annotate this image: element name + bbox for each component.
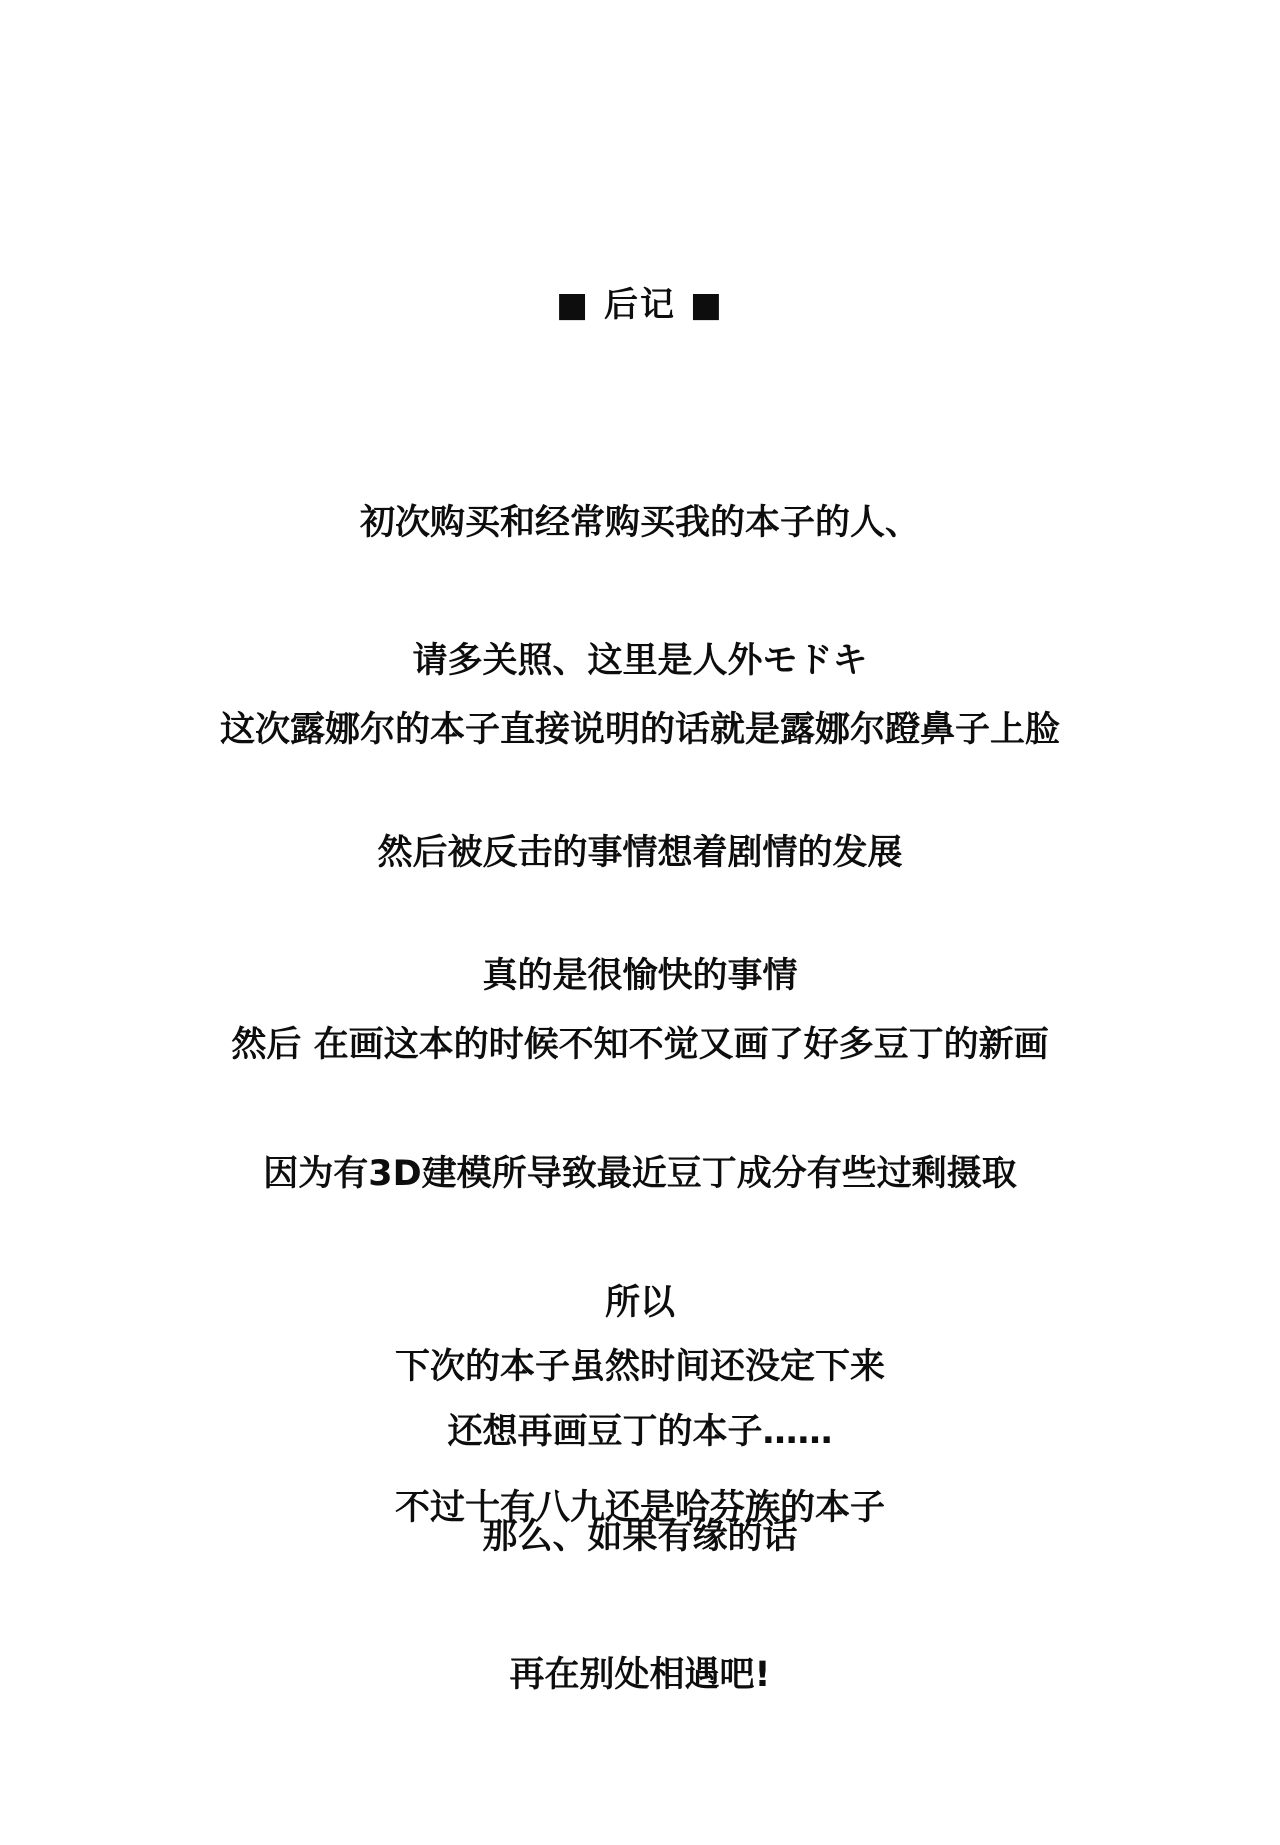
afterword-title: ■ 后记 ■ xyxy=(0,284,1280,326)
paragraph-farewell: 那么、如果有缘的话 再在别处相遇吧! xyxy=(0,1422,1280,1790)
dodin-line-1: 然后 在画这本的时候不知不觉又画了好多豆丁的新画 xyxy=(0,1024,1280,1067)
afterword-page: ■ 后记 ■ 初次购买和经常购买我的本子的人、 请多关照、这里是人外モドキ 这次… xyxy=(0,0,1280,1845)
lunar-line-2: 然后被反击的事情想着剧情的发展 xyxy=(0,833,1280,874)
lunar-line-1: 这次露娜尔的本子直接说明的话就是露娜尔蹬鼻子上脸 xyxy=(0,710,1280,751)
farewell-line-2: 再在别处相遇吧! xyxy=(0,1652,1280,1698)
dodin-line-2: 因为有3D建模所导致最近豆丁成分有些过剩摄取 xyxy=(0,1153,1280,1196)
greeting-line-1: 初次购买和经常购买我的本子的人、 xyxy=(0,500,1280,546)
farewell-line-1: 那么、如果有缘的话 xyxy=(0,1514,1280,1560)
next-line-1: 下次的本子虽然时间还没定下来 xyxy=(0,1344,1280,1391)
